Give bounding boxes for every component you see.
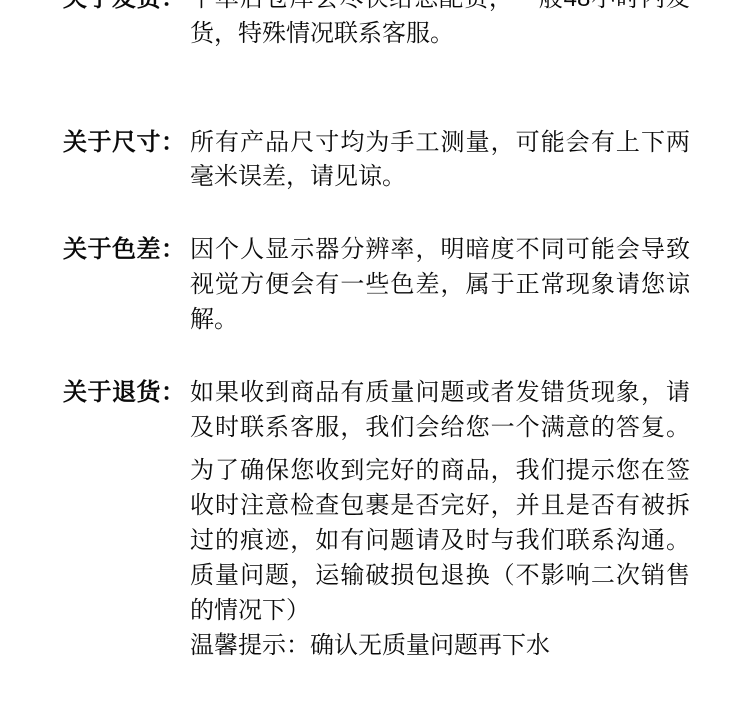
- section-returns-para2-line-2: 收时注意检查包裹是否完好，并且是否有被拆: [0, 493, 750, 519]
- section-color-label: 关于色差：: [63, 237, 186, 263]
- section-returns-text-line: 的情况下）: [190, 598, 690, 624]
- section-returns-para2-line-3: 过的痕迹，如有问题请及时与我们联系沟通。: [0, 528, 750, 554]
- section-returns-line-2: 及时联系客服，我们会给您一个满意的答复。: [0, 415, 750, 441]
- section-size-text-line: 毫米误差，请见谅。: [190, 164, 690, 190]
- section-returns-line-1: 关于退货： 如果收到商品有质量问题或者发错货现象，请: [0, 380, 750, 406]
- section-size-line-2: 毫米误差，请见谅。: [0, 164, 750, 190]
- section-shipping-text-line: 下单后仓库会尽快给您配货，一般48小时内发: [190, 0, 690, 12]
- section-color-line-1: 关于色差： 因个人显示器分辨率，明暗度不同可能会导致: [0, 237, 750, 263]
- section-returns-para2-line-4: 质量问题，运输破损包退换（不影响二次销售: [0, 563, 750, 589]
- section-returns-para2-line-1: 为了确保您收到完好的商品，我们提示您在签: [0, 458, 750, 484]
- section-shipping-text-line: 货，特殊情况联系客服。: [190, 21, 690, 47]
- section-size-line-1: 关于尺寸： 所有产品尺寸均为手工测量，可能会有上下两: [0, 130, 750, 156]
- section-returns-text-line: 温馨提示：确认无质量问题再下水: [190, 633, 690, 659]
- section-shipping-line-1: 关于发货： 下单后仓库会尽快给您配货，一般48小时内发: [0, 0, 750, 12]
- section-color-text-line: 解。: [190, 307, 690, 333]
- section-returns-para2-line-6: 温馨提示：确认无质量问题再下水: [0, 633, 750, 659]
- section-shipping-label: 关于发货：: [63, 0, 186, 12]
- section-color-text-line: 因个人显示器分辨率，明暗度不同可能会导致: [190, 237, 690, 263]
- section-returns-para2-line-5: 的情况下）: [0, 598, 750, 624]
- section-size-label: 关于尺寸：: [63, 130, 186, 156]
- section-color-text-line: 视觉方便会有一些色差，属于正常现象请您谅: [190, 272, 690, 298]
- section-returns-text-line: 为了确保您收到完好的商品，我们提示您在签: [190, 458, 690, 484]
- section-returns-text-line: 如果收到商品有质量问题或者发错货现象，请: [190, 380, 690, 406]
- section-returns-text-line: 过的痕迹，如有问题请及时与我们联系沟通。: [190, 528, 690, 554]
- section-returns-text-line: 质量问题，运输破损包退换（不影响二次销售: [190, 563, 690, 589]
- section-color-line-2: 视觉方便会有一些色差，属于正常现象请您谅: [0, 272, 750, 298]
- section-returns-text-line: 及时联系客服，我们会给您一个满意的答复。: [190, 415, 690, 441]
- section-returns-text-line: 收时注意检查包裹是否完好，并且是否有被拆: [190, 493, 690, 519]
- section-returns-label: 关于退货：: [63, 380, 186, 406]
- product-notes-page: 关于发货： 下单后仓库会尽快给您配货，一般48小时内发 货，特殊情况联系客服。 …: [0, 0, 750, 717]
- section-color-line-3: 解。: [0, 307, 750, 333]
- section-size-text-line: 所有产品尺寸均为手工测量，可能会有上下两: [190, 130, 690, 156]
- section-shipping-line-2: 货，特殊情况联系客服。: [0, 21, 750, 47]
